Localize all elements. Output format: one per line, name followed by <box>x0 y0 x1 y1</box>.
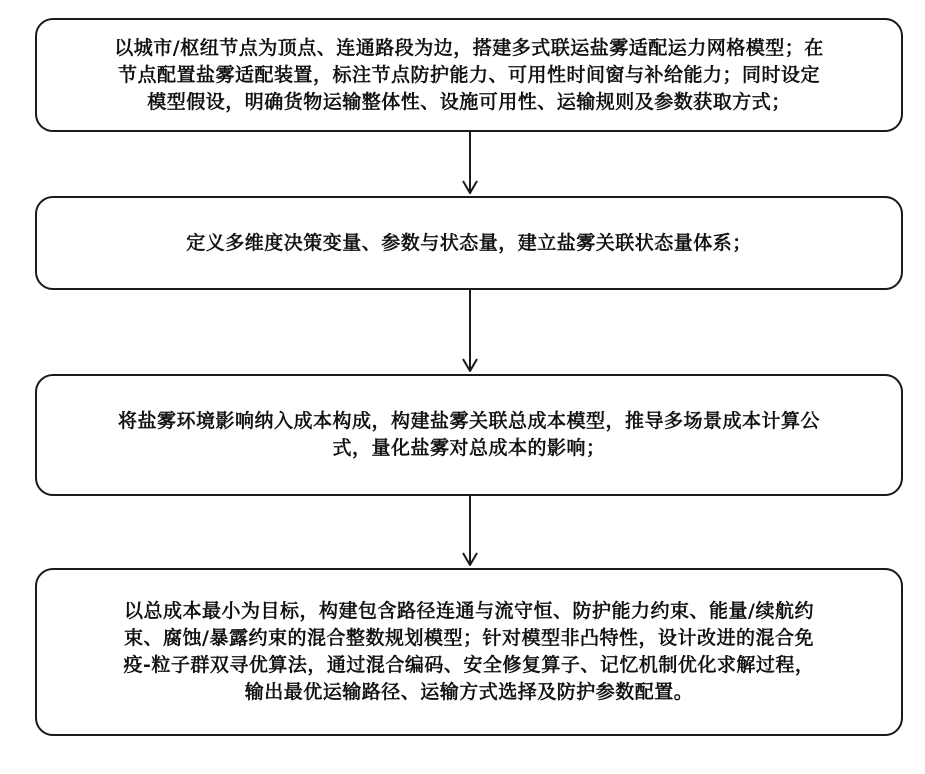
flow-step-2-text: 定义多维度决策变量、参数与状态量，建立盐雾关联状态量体系； <box>160 230 778 257</box>
flow-step-1: 以城市/枢纽节点为顶点、连通路段为边，搭建多式联运盐雾适配运力网格模型；在 节点… <box>35 18 903 132</box>
flow-step-3: 将盐雾环境影响纳入成本构成，构建盐雾关联总成本模型，推导多场景成本计算公 式，量… <box>35 374 903 496</box>
text-line: 式，量化盐雾对总成本的影响； <box>118 435 820 462</box>
text-line: 输出最优运输路径、运输方式选择及防护参数配置。 <box>124 679 815 706</box>
text-line: 以总成本最小为目标，构建包含路径连通与流守恒、防护能力约束、能量/续航约 <box>124 598 815 625</box>
flow-step-4-text: 以总成本最小为目标，构建包含路径连通与流守恒、防护能力约束、能量/续航约 束、腐… <box>98 598 841 706</box>
flow-step-2: 定义多维度决策变量、参数与状态量，建立盐雾关联状态量体系； <box>35 196 903 290</box>
text-line: 节点配置盐雾适配装置，标注节点防护能力、可用性时间窗与补给能力；同时设定 <box>114 62 823 89</box>
text-line: 以城市/枢纽节点为顶点、连通路段为边，搭建多式联运盐雾适配运力网格模型；在 <box>114 35 823 62</box>
text-line: 疫-粒子群双寻优算法，通过混合编码、安全修复算子、记忆机制优化求解过程， <box>124 652 815 679</box>
text-line: 束、腐蚀/暴露约束的混合整数规划模型；针对模型非凸特性，设计改进的混合免 <box>124 625 815 652</box>
flow-step-4: 以总成本最小为目标，构建包含路径连通与流守恒、防护能力约束、能量/续航约 束、腐… <box>35 568 903 736</box>
flow-step-1-text: 以城市/枢纽节点为顶点、连通路段为边，搭建多式联运盐雾适配运力网格模型；在 节点… <box>88 35 849 116</box>
text-line: 将盐雾环境影响纳入成本构成，构建盐雾关联总成本模型，推导多场景成本计算公 <box>118 408 820 435</box>
flow-step-3-text: 将盐雾环境影响纳入成本构成，构建盐雾关联总成本模型，推导多场景成本计算公 式，量… <box>92 408 846 462</box>
text-line: 模型假设，明确货物运输整体性、设施可用性、运输规则及参数获取方式； <box>114 89 823 116</box>
text-line: 定义多维度决策变量、参数与状态量，建立盐雾关联状态量体系； <box>186 230 752 257</box>
